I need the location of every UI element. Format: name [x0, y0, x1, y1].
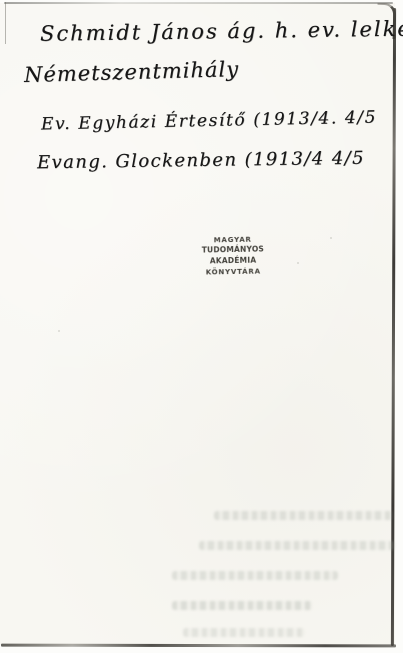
page-edge-left: [5, 2, 6, 44]
page-edge-bottom: [1, 644, 396, 648]
scanned-page: Schmidt János ág. h. ev. lelkész Németsz…: [0, 0, 403, 653]
stamp-line-2: TUDOMÁNYOS AKADÉMIA: [183, 244, 283, 267]
handwritten-line-owner: Schmidt János ág. h. ev. lelkész: [40, 16, 403, 46]
library-stamp: MAGYAR TUDOMÁNYOS AKADÉMIA KÖNYVTÁRA: [183, 234, 284, 278]
paper-speckle: [330, 237, 332, 239]
bleedthrough-line: [172, 601, 312, 610]
stamp-line-3: KÖNYVTÁRA: [183, 266, 283, 278]
paper-speckle: [58, 330, 60, 332]
paper-speckle: [297, 262, 299, 264]
page-edge-top: [4, 2, 393, 4]
bleedthrough-line: [214, 511, 394, 520]
bleedthrough-line: [183, 628, 305, 637]
bleedthrough-line: [199, 541, 395, 550]
bleedthrough-line: [172, 571, 338, 580]
